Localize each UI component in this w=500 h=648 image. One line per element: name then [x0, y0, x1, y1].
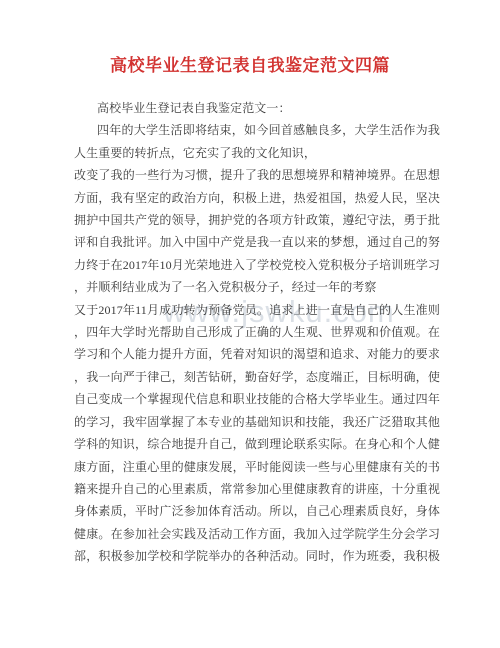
page-title: 高校毕业生登记表自我鉴定范文四篇: [0, 54, 500, 78]
text-line: 学习和个人能力提升方面，凭着对知识的渴望和追求、对能力的要求: [74, 343, 440, 365]
text-line: 身体素质，平时广泛参加体育活动。所以，自己心理素质良好，身体: [74, 500, 440, 522]
text-line: ，我一向严于律己，刻苦钻研，勤奋好学，态度端正，目标明确，使: [74, 366, 440, 388]
text-line: 高校毕业生登记表自我鉴定范文一：: [74, 97, 440, 119]
text-line: 部，积极参加学校和学院举办的各种活动。同时，作为班委，我积极: [74, 545, 440, 567]
text-line: 人生重要的转折点，它充实了我的文化知识，: [74, 142, 440, 164]
text-line: ，四年大学时光帮助自己形成了正确的人生观、世界观和价值观。在: [74, 321, 440, 343]
document-body: 高校毕业生登记表自我鉴定范文一： 四年的大学生活即将结束，如今回首感触良多，大学…: [74, 97, 440, 568]
text-line: 四年的大学生活即将结束，如今回首感触良多，大学生活作为我: [74, 119, 440, 141]
text-line: 方面，我有坚定的政治方向，积极上进，热爱祖国，热爱人民，坚决: [74, 187, 440, 209]
text-line: 力终于在2017年10月光荣地进入了学校党校入党积极分子培训班学习: [74, 254, 440, 276]
text-line: ，并顺利结业成为了一名入党积极分子，经过一年的考察: [74, 276, 440, 298]
text-line: 学科的知识，综合地提升自己，做到理论联系实际。在身心和个人健: [74, 433, 440, 455]
text-line: 的学习，我牢固掌握了本专业的基础知识和技能，我还广泛猎取其他: [74, 411, 440, 433]
text-line: 评和自我批评。加入中国中产党是我一直以来的梦想，通过自己的努: [74, 231, 440, 253]
text-line: 自己变成一个掌握现代信息和职业技能的合格大学毕业生。通过四年: [74, 388, 440, 410]
document-page: 高校毕业生登记表自我鉴定范文四篇 www.jswku.com 高校毕业生登记表自…: [0, 0, 500, 648]
text-line: 健康。在参加社会实践及活动工作方面，我加入过学院学生分会学习: [74, 523, 440, 545]
text-line: 又于2017年11月成功转为预备党员。追求上进一直是自己的人生准则: [74, 299, 440, 321]
text-line: 康方面，注重心里的健康发展，平时能阅读一些与心里健康有关的书: [74, 456, 440, 478]
text-line: 拥护中国共产党的领导，拥护党的各项方针政策，遵纪守法，勇于批: [74, 209, 440, 231]
text-line: 改变了我的一些行为习惯，提升了我的思想境界和精神境界。在思想: [74, 164, 440, 186]
text-line: 籍来提升自己的心里素质，常常参加心里健康教育的讲座，十分重视: [74, 478, 440, 500]
